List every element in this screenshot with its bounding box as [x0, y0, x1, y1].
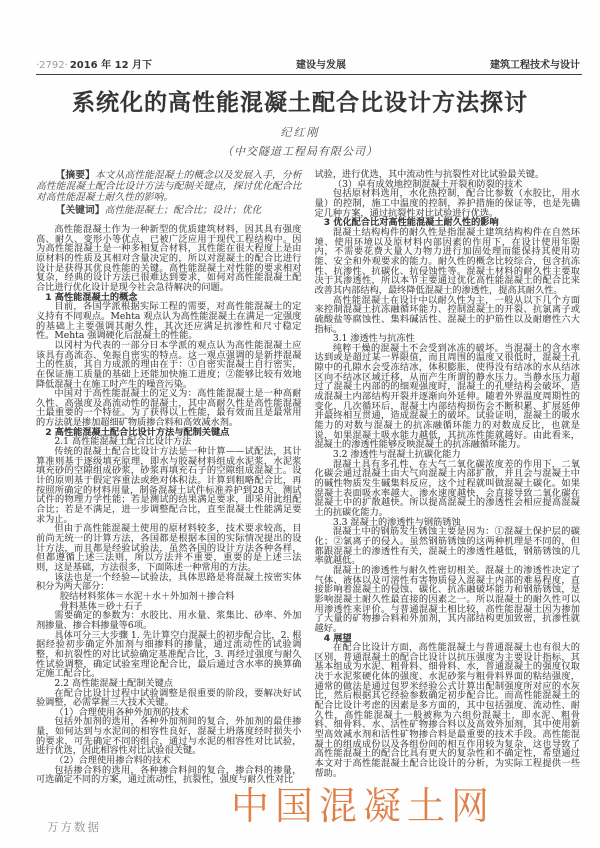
article-title: 系统化的高性能混凝土配合比设计方法探讨: [0, 84, 600, 117]
left-column: 【摘要】本文从高性能混凝土的概念以及发展入手，分析高性能混凝土配合比设计方法与配…: [36, 170, 302, 785]
abstract-label: 【摘要】: [56, 170, 95, 181]
keywords-label: 【关键词】: [56, 205, 105, 216]
author-name: 纪红刚: [0, 124, 600, 140]
paragraph: 包括原材料选用，水化热控制，配合比参数（水胶比，用水量）的控制，施工中温度的控制…: [315, 189, 581, 218]
journal-page: ·2792·2016 年 12 月下 建设与发展 建筑工程技术与设计 系统化的高…: [0, 0, 600, 848]
journal-section: 建设与发展: [296, 56, 346, 71]
paragraph: 传统的混凝土配合比设计方法是一种计算——试配法，其计算准则基于逐级填充原理，即水…: [36, 447, 302, 524]
two-column-body: 【摘要】本文从高性能混凝土的概念以及发展入手，分析高性能混凝土配合比设计方法与配…: [36, 170, 580, 785]
paragraph: 在配合比设计过程中试验调整是很重要的阶段，要解决好试验调整，必需掌握三大技术关键…: [36, 689, 302, 708]
paragraph: 混凝土中的钢筋发生锈蚀主要是因为：①混凝土保护层的碳化；②氯离子的侵入。虽然钢筋…: [315, 527, 581, 566]
author-affiliation: （中交隧道工程局有限公司）: [0, 143, 600, 159]
header-left: ·2792·2016 年 12 月下: [36, 56, 152, 71]
page-number: ·2792·: [36, 60, 68, 71]
paragraph: 混凝土结构构件的耐久性是指混凝土建筑结构构件在自然环境、使用环境以及原材料内部因…: [315, 228, 581, 296]
paragraph: 混凝土具有多孔性，在大气二氧化碳浓度差的作用下，二氧化碳会通过混凝土由大气向混凝…: [315, 460, 581, 518]
keywords: 【关键词】高性能混凝土；配合比；设计；优化: [36, 205, 302, 216]
header-divider: [36, 74, 582, 75]
paragraph: 在配合比设计方面，高性能混凝土与普通混凝土也有很大的区别，普通混凝土的配合比设计…: [315, 643, 581, 778]
paragraph: 该法也是一个经验—试验法，具体思路是将混凝土按密实体积分为两大部分：: [36, 573, 302, 592]
paragraph: 高性能混凝土在设计中以耐久性为主，一般从以下几个方面来控制混凝土抗冻融循环能力、…: [315, 296, 581, 335]
abstract: 【摘要】本文从高性能混凝土的概念以及发展入手，分析高性能混凝土配合比设计方法与配…: [36, 170, 302, 203]
right-column: 试验，进行优选，其中流动性与抗裂性对比试验最关键。 （3）卓有成效地控制混凝土开…: [315, 170, 581, 785]
paragraph: 需要确定的参数为：水胶比、用水量、浆集比、砂率、外加剂掺量、掺合料掺量等6项。: [36, 611, 302, 630]
paragraph: 目前，各国学派根据实际工程的需要，对高性能混凝土的定义持有不同观点。Mehta …: [36, 302, 302, 341]
paragraph: 包括外加剂的选用，各种外加剂间的复合，外加剂的最佳掺量，如何达到与水泥间的相容性…: [36, 717, 302, 756]
paragraph: 高性能混凝土作为一种新型的优质建筑材料，因其具有强度高、耐久、变形小等优点，已被…: [36, 225, 302, 293]
paragraph: 中国对于高性能混凝土的定义为：高性能混凝土是一种高耐久性、高强度及高流动性的混凝…: [36, 389, 302, 428]
running-head: ·2792·2016 年 12 月下 建设与发展 建筑工程技术与设计: [36, 56, 580, 71]
paragraph: 以冈村为代表的一部分日本学派的观点认为高性能混凝土应该具有高流态、免振自密实的特…: [36, 341, 302, 389]
paragraph: 具体可分三大步骤 1. 先计算空白混凝土的初步配合比，2. 根据经验初步确定外加…: [36, 631, 302, 679]
paragraph: 纯粹干燥的混凝土不会受到冰冻的破坏。当混凝土的含水率达到或是超过某一界限值，而且…: [315, 344, 581, 450]
issue-date: 2016 年 12 月下: [70, 60, 152, 71]
keywords-text: 高性能混凝土；配合比；设计；优化: [105, 205, 262, 216]
wanfang-data-mark: 万方数据: [47, 819, 101, 835]
paragraph: 但由于高性能混凝土使用的原材料较多，技术要求较高，目前尚无统一的计算方法，各国都…: [36, 524, 302, 572]
journal-name: 建筑工程技术与设计: [490, 56, 580, 71]
paragraph: 混凝土的渗透性与耐久性密切相关。混凝土的渗透性决定了气体、液体以及可溶性有害物质…: [315, 566, 581, 634]
site-watermark: 中国混凝土网: [231, 775, 495, 830]
